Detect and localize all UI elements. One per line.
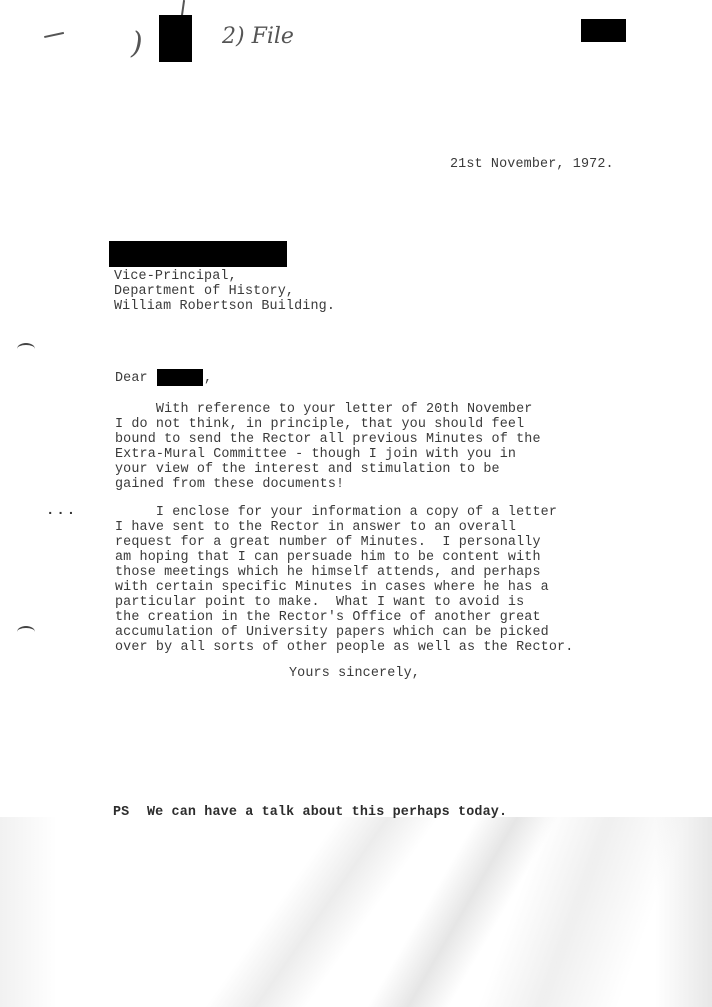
paragraph-2-line: over by all sorts of other people as wel…: [115, 640, 573, 655]
redaction-initials: [159, 15, 192, 62]
postscript-text: We can have a talk about this perhaps to…: [147, 805, 507, 820]
paragraph-2-line: accumulation of University papers which …: [115, 625, 549, 640]
paragraph-1-line: With reference to your letter of 20th No…: [115, 402, 532, 417]
recipient-line-3: William Robertson Building.: [114, 299, 335, 314]
paragraph-2-line: those meetings which he himself attends,…: [115, 565, 541, 580]
paragraph-1-line: Extra-Mural Committee - though I join wi…: [115, 447, 516, 462]
recipient-line-1: Vice-Principal,: [114, 269, 237, 284]
scan-smudge: [0, 817, 712, 1007]
redaction-reference: [581, 19, 626, 42]
paragraph-2-line: I have sent to the Rector in answer to a…: [115, 520, 516, 535]
closing: Yours sincerely,: [289, 666, 420, 681]
postscript-label: PS: [113, 805, 129, 820]
salutation-suffix: ,: [204, 371, 212, 386]
margin-dots: ...: [46, 503, 77, 519]
letter-date: 21st November, 1972.: [450, 157, 614, 172]
redaction-recipient-name: [109, 241, 287, 267]
paragraph-1-line: bound to send the Rector all previous Mi…: [115, 432, 541, 447]
punch-hole-mark-bottom: [17, 626, 35, 638]
paragraph-1-line: your view of the interest and stimulatio…: [115, 462, 500, 477]
salutation-prefix: Dear: [115, 371, 148, 386]
paragraph-2-line: request for a great number of Minutes. I…: [115, 535, 541, 550]
recipient-line-2: Department of History,: [114, 284, 294, 299]
paragraph-2-line: I enclose for your information a copy of…: [115, 505, 557, 520]
handwritten-item-2-file: 2) File: [222, 24, 294, 49]
handwritten-item-1: ): [131, 26, 143, 61]
handwritten-dash: [44, 32, 64, 38]
paragraph-1-line: gained from these documents!: [115, 477, 344, 492]
letter-page: ) 2) File 21st November, 1972. Vice-Prin…: [0, 0, 712, 1007]
punch-hole-mark-top: [17, 343, 35, 355]
paragraph-2-line: the creation in the Rector's Office of a…: [115, 610, 541, 625]
redaction-salutation-name: [157, 369, 203, 386]
handwritten-tick: [181, 0, 185, 16]
paragraph-2-line: with certain specific Minutes in cases w…: [115, 580, 549, 595]
paragraph-2-line: particular point to make. What I want to…: [115, 595, 524, 610]
paragraph-2-line: am hoping that I can persuade him to be …: [115, 550, 541, 565]
paragraph-1-line: I do not think, in principle, that you s…: [115, 417, 524, 432]
